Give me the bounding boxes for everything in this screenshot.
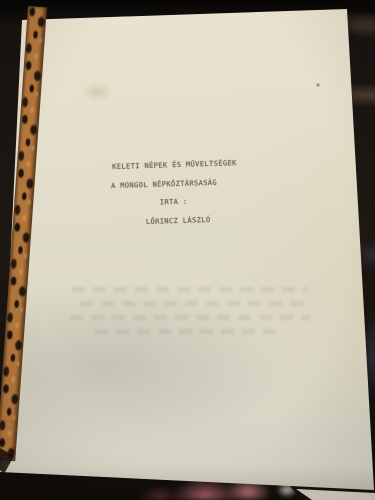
photo-of-typescript-book: KELETI NÉPEK ÉS MŰVELTSÉGEK A MONGOL NÉP… [0,0,375,500]
show-through-text-line [70,315,310,320]
author-name: LŐRINCZ LÁSZLÓ [96,214,261,238]
show-through-text-line [95,329,275,334]
typewritten-title-block: KELETI NÉPEK ÉS MŰVELTSÉGEK A MONGOL NÉP… [94,158,261,237]
show-through-text-line [72,287,307,292]
typescript-cover-page: KELETI NÉPEK ÉS MŰVELTSÉGEK A MONGOL NÉP… [0,0,375,500]
show-through-text-line [80,301,305,306]
